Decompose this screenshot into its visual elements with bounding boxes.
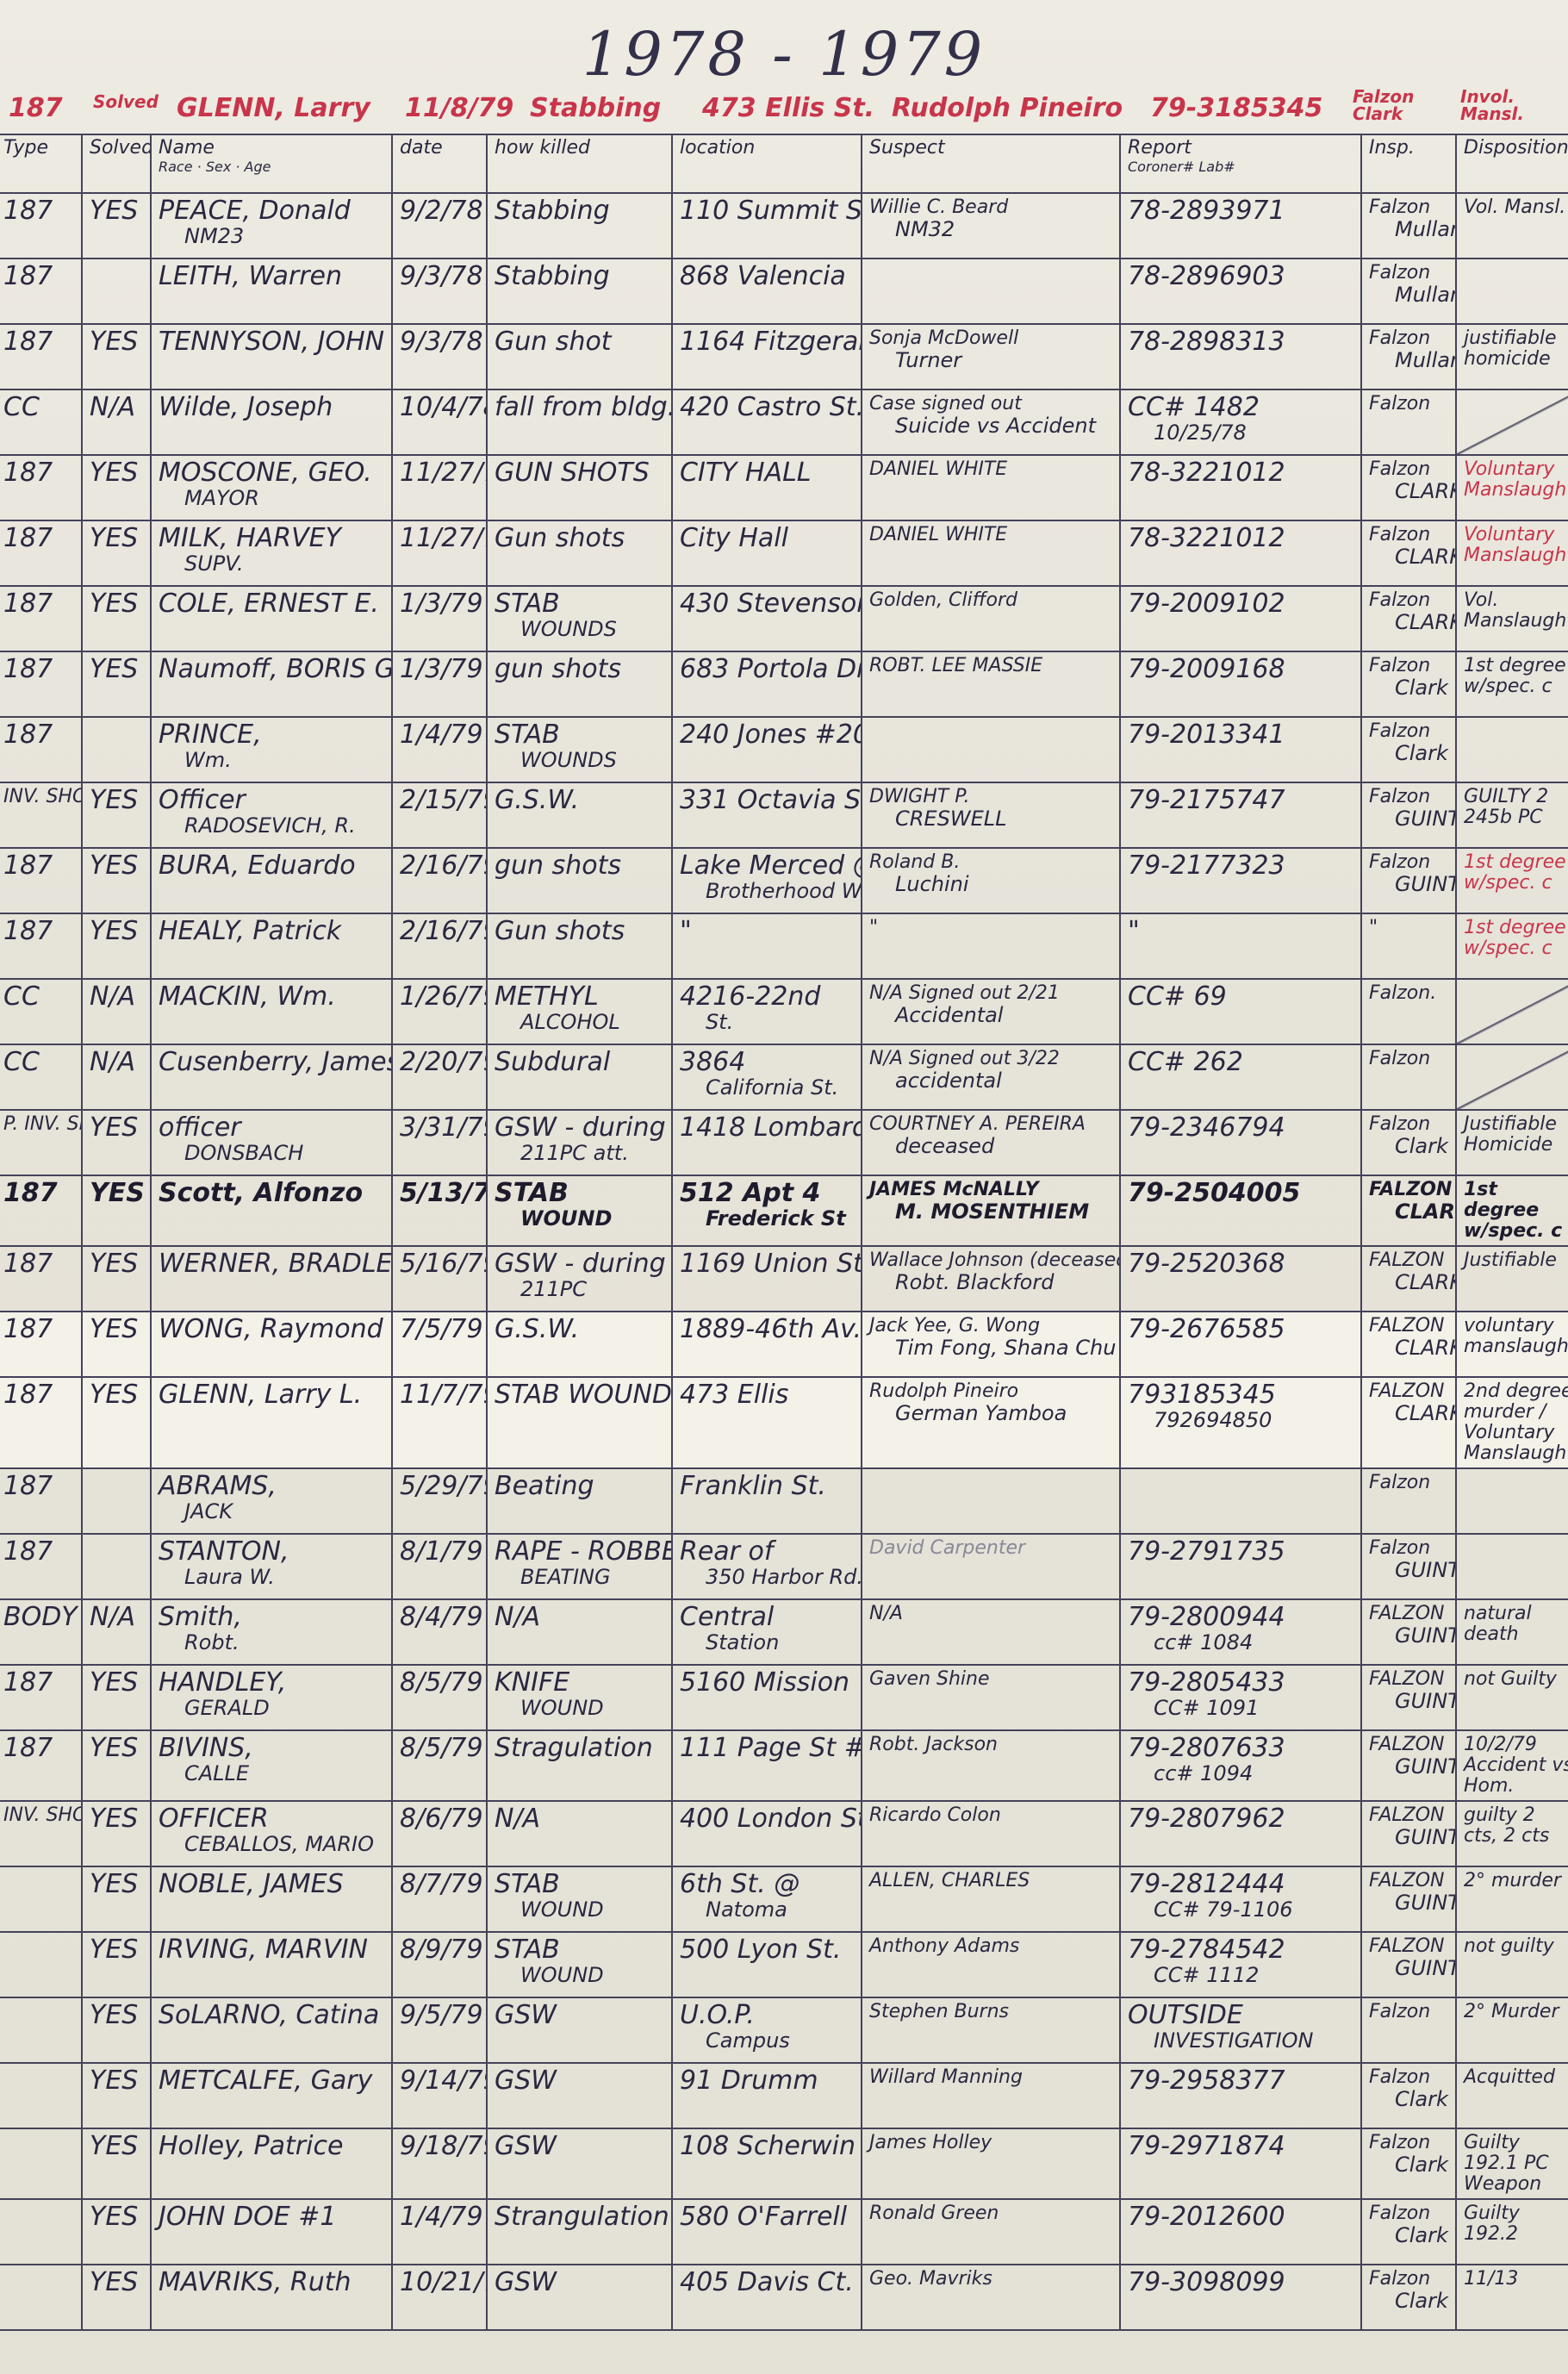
location: Rear of (680, 1536, 773, 1567)
cell-how-killed: GSW - during211PC (487, 1246, 672, 1312)
coroner-number: cc# 1094 (1128, 1762, 1353, 1785)
cell-report: 78-3221012 (1120, 520, 1361, 586)
cell-solved: YES (82, 455, 151, 520)
victim-name: Scott, Alfonzo (159, 1178, 363, 1208)
cell-name: IRVING, MARVIN (151, 1932, 392, 1997)
suspect-detail: Tim Fong, Shana Chu (869, 1337, 1112, 1359)
cell-how-killed: GSW - during211PC att. (487, 1110, 672, 1175)
location: 473 Ellis (680, 1380, 788, 1410)
cell-solved: YES (82, 1997, 151, 2063)
cell-type: P. INV. SHOOTING (0, 1110, 82, 1175)
location: 108 Scherwin (680, 2131, 856, 2161)
victim-name: WONG, Raymond (159, 1314, 383, 1344)
victim-name: TENNYSON, JOHN (159, 327, 384, 357)
cell-name: Scott, Alfonzo (151, 1175, 392, 1246)
victim-name: PRINCE, (159, 720, 262, 750)
report-number: OUTSIDE (1128, 2000, 1243, 2030)
cell-location: 110 Summit St. (672, 193, 862, 259)
cell-date: 9/14/79 (392, 2063, 487, 2128)
suspect: Geo. Mavriks (869, 2268, 992, 2290)
table-row: 187YESGLENN, Larry L.11/7/79STAB WOUND47… (0, 1377, 1568, 1468)
cell-insp: Falzon (1361, 389, 1456, 455)
cell-insp: " (1361, 913, 1456, 979)
cell-insp: FALZONCLARK (1361, 1377, 1456, 1468)
cell-location: 3864California St. (672, 1044, 862, 1110)
cell-date: 2/20/79 (392, 1044, 487, 1110)
cell-date: 11/7/79 (392, 1377, 487, 1468)
cell-disposition: Acquitted (1456, 2063, 1568, 2128)
inspector-2: GUINTHER (1369, 1690, 1448, 1712)
cause: N/A (495, 1602, 540, 1632)
cell-location: 1418 Lombard St. (672, 1110, 862, 1175)
cell-insp: FalzonClark (1361, 2265, 1456, 2330)
cell-insp: Falzon (1361, 1044, 1456, 1110)
cell-suspect: JAMES McNALLYM. MOSENTHIEM (862, 1175, 1120, 1246)
cell-location: Rear of350 Harbor Rd. (672, 1534, 862, 1599)
inspector: " (1369, 917, 1378, 938)
cause: GSW (495, 2131, 557, 2161)
inspector-2: Clark (1369, 2290, 1448, 2312)
location: 400 London St. (680, 1804, 862, 1834)
cell-suspect: N/A Signed out 3/22accidental (862, 1044, 1120, 1110)
suspect-detail: Accidental (869, 1004, 1112, 1026)
cell-name: BIVINS,CALLE (151, 1730, 392, 1801)
cell-location: 400 London St. (672, 1801, 862, 1866)
cause: GSW (495, 2000, 557, 2030)
cell-solved: N/A (82, 1044, 151, 1110)
location: 512 Apt 4 (680, 1178, 820, 1208)
cell-solved (82, 1468, 151, 1534)
cause: GSW (495, 2066, 557, 2096)
cell-name: STANTON,Laura W. (151, 1534, 392, 1599)
inspector: FALZON (1369, 1668, 1445, 1690)
inspector: Falzon (1369, 262, 1430, 284)
victim-name: ABRAMS, (159, 1471, 277, 1501)
inspector: Falzon (1369, 2268, 1430, 2290)
cell-how-killed: Stabbing (487, 259, 672, 324)
cell-how-killed: METHYLALCOHOL (487, 979, 672, 1044)
inspector: Falzon (1369, 1537, 1430, 1559)
inspector-2: GUINTHER (1369, 807, 1448, 830)
victim-detail: CEBALLOS, MARIO (159, 1833, 384, 1855)
report-number: 79-2175747 (1128, 785, 1285, 815)
report-number: 79-2784542 (1128, 1935, 1285, 1965)
cell-suspect: Ronald Green (862, 2199, 1120, 2265)
inspector: Falzon (1369, 393, 1430, 414)
location: CITY HALL (680, 458, 812, 488)
cell-how-killed: STABWOUND (487, 1175, 672, 1246)
cell-insp: FalzonClark (1361, 651, 1456, 717)
cell-disposition (1456, 1044, 1568, 1110)
cell-disposition: GUILTY 2 245b PC (1456, 782, 1568, 848)
report-number: 79-2791735 (1128, 1536, 1285, 1567)
table-row: 187LEITH, Warren9/3/78Stabbing868 Valenc… (0, 259, 1568, 324)
cell-report: 79-2009102 (1120, 586, 1361, 651)
victim-name: SoLARNO, Catina (159, 2000, 379, 2030)
cell-solved: YES (82, 1175, 151, 1246)
cell-report: 79-3098099 (1120, 2265, 1361, 2330)
report-number: CC# 262 (1128, 1047, 1243, 1077)
table-row: YESNOBLE, JAMES8/7/79STABWOUND6th St. @N… (0, 1866, 1568, 1932)
cell-solved: YES (82, 1312, 151, 1377)
location: 420 Castro St. (680, 392, 862, 422)
cell-name: TENNYSON, JOHN (151, 324, 392, 389)
cell-report: 79-2784542CC# 1112 (1120, 1932, 1361, 1997)
cause: Gun shots (495, 523, 625, 553)
report-number: 79-2177323 (1128, 851, 1285, 881)
cell-how-killed: G.S.W. (487, 782, 672, 848)
cell-report: 79-2958377 (1120, 2063, 1361, 2128)
cause-detail: WOUND (495, 1207, 664, 1230)
inspector: FALZON (1369, 1603, 1445, 1624)
cause: N/A (495, 1804, 540, 1834)
cell-date: 9/18/79 (392, 2128, 487, 2199)
cell-insp: Falzon (1361, 1997, 1456, 2063)
cell-location: 111 Page St #17 (672, 1730, 862, 1801)
cell-insp: FalzonGUINTHER (1361, 782, 1456, 848)
cell-report: 79-2009168 (1120, 651, 1361, 717)
cell-suspect: DANIEL WHITE (862, 455, 1120, 520)
cell-insp: FALZONGUINTHER (1361, 1599, 1456, 1665)
inspector: Falzon (1369, 524, 1430, 545)
table-row: 187YESBIVINS,CALLE8/5/79Stragulation111 … (0, 1730, 1568, 1801)
cause: Beating (495, 1471, 594, 1501)
cell-insp: FalzonClark (1361, 1110, 1456, 1175)
victim-name: COLE, ERNEST E. (159, 589, 379, 619)
inspector: Falzon (1369, 2001, 1430, 2022)
cell-name: BURA, Eduardo (151, 848, 392, 913)
victim-detail: DONSBACH (159, 1142, 384, 1164)
report-number: 79-2009102 (1128, 589, 1285, 619)
cell-insp: FalzonMullane (1361, 259, 1456, 324)
cell-location: 580 O'Farrell (672, 2199, 862, 2265)
victim-detail: RADOSEVICH, R. (159, 814, 384, 837)
inspector-2: Clark (1369, 2153, 1448, 2176)
suspect: Golden, Clifford (869, 589, 1017, 611)
cell-how-killed: STABWOUND (487, 1932, 672, 1997)
red-how-killed: Stabbing (530, 93, 661, 123)
cell-solved: YES (82, 1246, 151, 1312)
victim-detail: MAYOR (159, 487, 384, 509)
cell-date: 9/3/78 (392, 324, 487, 389)
cell-disposition: guilty 2 cts, 2 cts (1456, 1801, 1568, 1866)
suspect-detail: Luchini (869, 873, 1112, 895)
report-number: " (1128, 916, 1140, 946)
cell-type (0, 2063, 82, 2128)
cell-type (0, 1997, 82, 2063)
suspect: Stephen Burns (869, 2001, 1009, 2022)
table-row: 187STANTON,Laura W.8/1/79RAPE - ROBBERYB… (0, 1534, 1568, 1599)
table-row: YESSoLARNO, Catina9/5/79GSWU.O.P.CampusS… (0, 1997, 1568, 2063)
cell-insp: FalzonMullane (1361, 193, 1456, 259)
report-number: 78-3221012 (1128, 523, 1285, 553)
cell-suspect (862, 717, 1120, 782)
cell-insp: FALZONGUINTHER (1361, 1730, 1456, 1801)
cell-disposition: 11/13 (1456, 2265, 1568, 2330)
cell-location: 5160 Mission (672, 1665, 862, 1730)
cell-disposition: 1st degree w/spec. c (1456, 1175, 1568, 1246)
cell-how-killed: gun shots (487, 651, 672, 717)
inspector-2: CLARK (1369, 1337, 1448, 1359)
cell-disposition: 2nd degree murder / Voluntary Manslaught… (1456, 1377, 1568, 1468)
location: Central (680, 1602, 774, 1632)
cell-how-killed: GSW (487, 1997, 672, 2063)
cell-report: 78-2893971 (1120, 193, 1361, 259)
cell-how-killed: GUN SHOTS (487, 455, 672, 520)
cell-type: 187 (0, 455, 82, 520)
location: 110 Summit St. (680, 196, 862, 226)
cell-location: 868 Valencia (672, 259, 862, 324)
cell-name: MILK, HARVEYSUPV. (151, 520, 392, 586)
cell-name: METCALFE, Gary (151, 2063, 392, 2128)
red-name: GLENN, Larry (177, 93, 370, 123)
cell-name: WONG, Raymond (151, 1312, 392, 1377)
suspect-detail: CRESWELL (869, 807, 1112, 830)
cell-suspect: ALLEN, CHARLES (862, 1866, 1120, 1932)
cause-detail: WOUNDS (495, 618, 664, 640)
cause: Gun shot (495, 327, 612, 357)
cell-location: 1164 Fitzgerald (672, 324, 862, 389)
header-report: ReportCoroner# Lab# (1120, 134, 1361, 193)
cell-solved: YES (82, 2199, 151, 2265)
cause: gun shots (495, 851, 621, 881)
coroner-number: CC# 79-1106 (1128, 1898, 1353, 1921)
victim-detail: GERALD (159, 1697, 384, 1719)
cell-report: 79-2012600 (1120, 2199, 1361, 2265)
cell-solved: YES (82, 1866, 151, 1932)
victim-name: LEITH, Warren (159, 261, 342, 291)
table-row: 187YESMOSCONE, GEO.MAYOR11/27/78GUN SHOT… (0, 455, 1568, 520)
victim-name: GLENN, Larry L. (159, 1380, 362, 1410)
table-row: CCN/AWilde, Joseph10/4/78fall from bldg.… (0, 389, 1568, 455)
report-number: 78-3221012 (1128, 458, 1285, 488)
cell-location: 108 Scherwin (672, 2128, 862, 2199)
cell-report: 79-2807633cc# 1094 (1120, 1730, 1361, 1801)
victim-name: Holley, Patrice (159, 2131, 343, 2161)
cell-how-killed: Subdural (487, 1044, 672, 1110)
cell-name: COLE, ERNEST E. (151, 586, 392, 651)
suspect: Willard Manning (869, 2066, 1023, 2088)
inspector: Falzon (1369, 655, 1430, 676)
coroner-number: CC# 1091 (1128, 1697, 1353, 1719)
cell-date: 11/27/78 (392, 455, 487, 520)
cell-solved: YES (82, 1665, 151, 1730)
cell-how-killed: N/A (487, 1801, 672, 1866)
inspector-2: Clark (1369, 1135, 1448, 1157)
victim-name: MAVRIKS, Ruth (159, 2267, 352, 2297)
cell-suspect: Stephen Burns (862, 1997, 1120, 2063)
inspector-2: Mullane (1369, 349, 1448, 371)
cell-insp: Falzon (1361, 1468, 1456, 1534)
cell-disposition: Guilty 192.1 PC Weapon (1456, 2128, 1568, 2199)
cell-disposition: 1st degree w/spec. c (1456, 913, 1568, 979)
suspect: Ronald Green (869, 2203, 999, 2224)
cell-report: 79-2971874 (1120, 2128, 1361, 2199)
victim-name: MOSCONE, GEO. (159, 458, 372, 488)
suspect: N/A (869, 1603, 903, 1624)
cell-how-killed: Gun shot (487, 324, 672, 389)
cause: STAB (495, 1869, 560, 1899)
inspector: Falzon (1369, 1472, 1430, 1493)
cell-date: 10/21/79 (392, 2265, 487, 2330)
cell-date: 10/4/78 (392, 389, 487, 455)
cell-how-killed: Gun shots (487, 520, 672, 586)
location: 500 Lyon St. (680, 1935, 841, 1965)
location-detail: 350 Harbor Rd. (680, 1566, 854, 1588)
cell-report: 793185345792694850 (1120, 1377, 1361, 1468)
cell-location: CITY HALL (672, 455, 862, 520)
inspector: Falzon (1369, 196, 1430, 218)
cell-how-killed: N/A (487, 1599, 672, 1665)
cell-date: 1/3/79 (392, 651, 487, 717)
cell-type: INV. SHOOTING (0, 782, 82, 848)
cell-report: 78-3221012 (1120, 455, 1361, 520)
cell-location: U.O.P.Campus (672, 1997, 862, 2063)
cell-how-killed: G.S.W. (487, 1312, 672, 1377)
report-number: 79-3098099 (1128, 2267, 1285, 2297)
inspector-2: CLARK (1369, 611, 1448, 633)
cell-name: JOHN DOE #1 (151, 2199, 392, 2265)
cell-suspect: Case signed outSuicide vs Accident (862, 389, 1120, 455)
cell-disposition: 1st degree w/spec. c (1456, 848, 1568, 913)
cell-location: 683 Portola Dr. (672, 651, 862, 717)
inspector: Falzon (1369, 327, 1430, 349)
report-number: CC# 1482 (1128, 392, 1260, 422)
cell-insp: FALZONGUINTHER (1361, 1801, 1456, 1866)
cell-location: Franklin St. (672, 1468, 862, 1534)
cell-insp: FALZONCLARK (1361, 1175, 1456, 1246)
suspect-detail: German Yamboa (869, 1402, 1112, 1424)
cell-date: 1/26/79 (392, 979, 487, 1044)
cause: Subdural (495, 1047, 610, 1077)
cell-date: 2/16/79 (392, 913, 487, 979)
inspector-2: GUINTHER (1369, 1891, 1448, 1914)
inspector-2: CLARK (1369, 545, 1448, 568)
table-row: YESMAVRIKS, Ruth10/21/79GSW405 Davis Ct.… (0, 2265, 1568, 2330)
cell-insp: Falzon. (1361, 979, 1456, 1044)
cell-type: CC (0, 389, 82, 455)
table-row: YESMETCALFE, Gary9/14/79GSW91 DrummWilla… (0, 2063, 1568, 2128)
cause-detail: WOUNDS (495, 749, 664, 771)
inspector: Falzon (1369, 786, 1430, 807)
cell-name: HANDLEY,GERALD (151, 1665, 392, 1730)
inspector-2: Clark (1369, 2224, 1448, 2246)
location: 91 Drumm (680, 2066, 818, 2096)
cell-name: LEITH, Warren (151, 259, 392, 324)
cell-name: Holley, Patrice (151, 2128, 392, 2199)
cell-disposition: 2° Murder (1456, 1997, 1568, 2063)
victim-detail: CALLE (159, 1762, 384, 1785)
cell-suspect: Golden, Clifford (862, 586, 1120, 651)
table-row: YESIRVING, MARVIN8/9/79STABWOUND500 Lyon… (0, 1932, 1568, 1997)
red-insp: Falzon Clark (1353, 88, 1422, 122)
cell-type: 187 (0, 1665, 82, 1730)
location-detail: Campus (680, 2029, 854, 2052)
cell-type: 187 (0, 717, 82, 782)
ledger-page: 1978 - 1979 187 Solved GLENN, Larry 11/8… (0, 0, 1568, 2374)
cell-disposition: Justifiable (1456, 1246, 1568, 1312)
cell-solved: YES (82, 1110, 151, 1175)
location-detail: Station (680, 1631, 854, 1654)
table-row: 187YESHANDLEY,GERALD8/5/79KNIFEWOUND5160… (0, 1665, 1568, 1730)
inspector: FALZON (1369, 1249, 1445, 1271)
cell-disposition (1456, 717, 1568, 782)
header-date: date (392, 134, 487, 193)
cell-date: 8/5/79 (392, 1730, 487, 1801)
inspector-2: CLARK (1369, 1271, 1448, 1293)
header-row: Type Solved NameRace · Sex · Age date ho… (0, 134, 1568, 193)
cell-name: ABRAMS,JACK (151, 1468, 392, 1534)
inspector: Falzon (1369, 2066, 1430, 2088)
cell-type: 187 (0, 1312, 82, 1377)
inspector: FALZON (1369, 1315, 1445, 1337)
cell-type: 187 (0, 1246, 82, 1312)
cell-name: MAVRIKS, Ruth (151, 2265, 392, 2330)
cell-insp: FalzonClark (1361, 2063, 1456, 2128)
cell-name: MOSCONE, GEO.MAYOR (151, 455, 392, 520)
victim-detail: JACK (159, 1500, 384, 1523)
cell-type: CC (0, 979, 82, 1044)
inspector-2: Mullane (1369, 218, 1448, 240)
suspect: Robt. Jackson (869, 1734, 998, 1755)
cell-how-killed: Gun shots (487, 913, 672, 979)
cell-solved: YES (82, 324, 151, 389)
cell-disposition (1456, 259, 1568, 324)
cell-solved: YES (82, 586, 151, 651)
suspect: Wallace Johnson (deceased) (869, 1249, 1120, 1271)
cell-type: 187 (0, 1468, 82, 1534)
cell-date: 9/5/79 (392, 1997, 487, 2063)
cell-location: 430 Stevenson (672, 586, 862, 651)
cell-disposition: Vol. Manslaughter (1456, 586, 1568, 651)
location: 430 Stevenson (680, 589, 862, 619)
header-name-label: Name (159, 137, 215, 159)
inspector-2: CLARK (1369, 1402, 1448, 1424)
cause: STAB (495, 1178, 569, 1208)
report-number: 79-2971874 (1128, 2131, 1285, 2161)
report-number: 79-2520368 (1128, 1249, 1285, 1279)
cell-type (0, 1866, 82, 1932)
cell-disposition: Guilty 192.2 (1456, 2199, 1568, 2265)
victim-name: NOBLE, JAMES (159, 1869, 344, 1899)
cause-detail: BEATING (495, 1566, 664, 1588)
cell-name: WERNER, BRADLEY (151, 1246, 392, 1312)
cell-name: Wilde, Joseph (151, 389, 392, 455)
cell-how-killed: STABWOUND (487, 1866, 672, 1932)
cell-report: CC# 69 (1120, 979, 1361, 1044)
table-row: 187PRINCE,Wm.1/4/79STABWOUNDS240 Jones #… (0, 717, 1568, 782)
cell-report: OUTSIDEINVESTIGATION (1120, 1997, 1361, 2063)
suspect-detail: M. MOSENTHIEM (869, 1200, 1112, 1223)
coroner-number: 10/25/78 (1128, 421, 1353, 444)
cell-suspect: Wallace Johnson (deceased)Robt. Blackfor… (862, 1246, 1120, 1312)
cell-type: 187 (0, 1377, 82, 1468)
report-number: 793185345 (1128, 1380, 1276, 1410)
cell-how-killed: RAPE - ROBBERYBEATING (487, 1534, 672, 1599)
cell-disposition: Vol. Mansl. (1456, 193, 1568, 259)
header-report-label: Report (1128, 137, 1192, 159)
inspector: FALZON (1369, 1179, 1452, 1200)
victim-detail: Robt. (159, 1631, 384, 1654)
victim-name: Smith, (159, 1602, 242, 1632)
cause: RAPE - ROBBERY (495, 1536, 672, 1567)
cell-how-killed: GSW (487, 2265, 672, 2330)
victim-name: OFFICER (159, 1804, 269, 1834)
cell-date: 8/6/79 (392, 1801, 487, 1866)
cell-date: 8/4/79 (392, 1599, 487, 1665)
inspector: FALZON (1369, 1804, 1445, 1826)
suspect: N/A Signed out 3/22 (869, 1048, 1060, 1069)
